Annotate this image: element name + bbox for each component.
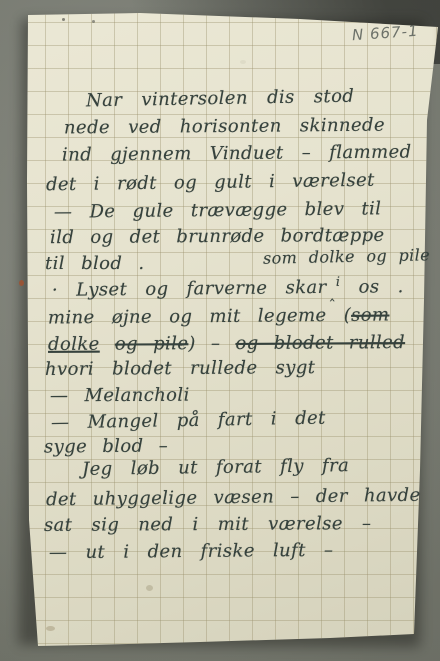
dark-speck bbox=[62, 18, 65, 21]
manuscript-text-layer: Nar vintersolen dis stodnede ved horison… bbox=[0, 0, 440, 661]
handwritten-text: mine øjne og mit legeme ( bbox=[48, 305, 351, 329]
smudge bbox=[240, 60, 246, 64]
handwritten-text bbox=[100, 334, 115, 355]
manuscript-line: — Melancholi bbox=[50, 385, 190, 408]
red-fleck bbox=[19, 280, 24, 286]
handwritten-text: som dolke og pile bbox=[263, 245, 430, 267]
manuscript-line: dolke og pile) – og blodet rulled bbox=[48, 332, 405, 356]
handwritten-text: det i rødt og gult i værelset bbox=[46, 170, 375, 196]
manuscript-line: — De gule trævægge blev til bbox=[54, 198, 382, 223]
manuscript-line: Nar vintersolen dis stod bbox=[86, 86, 355, 113]
handwritten-text: det uhyggelige væsen – der havde bbox=[46, 485, 421, 511]
handwritten-text: Jeg løb ut forat fly fra bbox=[82, 455, 349, 480]
manuscript-line: mine øjne og mit legeme (som bbox=[48, 305, 390, 330]
manuscript-line: hvori blodet rullede sygt bbox=[45, 357, 316, 381]
struck-text: og pile bbox=[115, 333, 189, 354]
dark-speck bbox=[92, 20, 95, 23]
handwritten-text: ind gjennem Vinduet – flammed bbox=[62, 141, 412, 165]
struck-text: som bbox=[351, 305, 390, 326]
handwritten-text: ild og det brunrøde bordtæppe bbox=[50, 225, 385, 248]
smudge bbox=[146, 585, 153, 591]
struck-text: og blodet rulled bbox=[235, 332, 405, 354]
handwritten-text: syge blod – bbox=[44, 435, 168, 457]
handwritten-text: — Mangel på fart i det bbox=[51, 408, 326, 434]
photo-of-manuscript: N 667-1 Nar vintersolen dis stodnede ved… bbox=[0, 0, 440, 661]
caret-mark: ‸ bbox=[330, 286, 335, 302]
handwritten-text: — ut i den friske luft – bbox=[49, 540, 334, 563]
manuscript-line: ind gjennem Vinduet – flammed bbox=[62, 141, 412, 166]
manuscript-line: det i rødt og gult i værelset bbox=[46, 170, 375, 197]
manuscript-line: · Lyset og farverne skar‸i os . bbox=[52, 276, 404, 304]
manuscript-line: til blod . bbox=[45, 253, 145, 275]
handwritten-text: til blod . bbox=[45, 253, 145, 274]
manuscript-line: — Mangel på fart i det bbox=[51, 408, 326, 435]
manuscript-line: som dolke og pile bbox=[263, 244, 430, 269]
handwritten-text: hvori blodet rullede sygt bbox=[45, 357, 315, 380]
manuscript-line: nede ved horisonten skinnede bbox=[64, 115, 385, 140]
handwritten-text: dolke bbox=[48, 334, 100, 355]
handwritten-text: sat sig ned i mit værelse – bbox=[44, 513, 372, 536]
handwritten-text: — Melancholi bbox=[50, 385, 190, 407]
handwritten-text: os . bbox=[340, 276, 403, 298]
handwritten-text: nede ved horisonten skinnede bbox=[64, 115, 385, 139]
inserted-text: i bbox=[336, 275, 341, 290]
handwritten-text: · Lyset og farverne skar bbox=[52, 277, 327, 301]
manuscript-line: syge blod – bbox=[44, 435, 168, 458]
manuscript-line: sat sig ned i mit værelse – bbox=[44, 513, 372, 537]
handwritten-text: Nar vintersolen dis stod bbox=[86, 86, 355, 112]
handwritten-text: ) – bbox=[188, 333, 235, 354]
smudge bbox=[46, 626, 55, 631]
handwritten-text: — De gule trævægge blev til bbox=[54, 198, 382, 222]
manuscript-line: Jeg løb ut forat fly fra bbox=[82, 455, 349, 481]
manuscript-line: det uhyggelige væsen – der havde bbox=[46, 485, 421, 512]
manuscript-line: — ut i den friske luft – bbox=[49, 540, 334, 564]
